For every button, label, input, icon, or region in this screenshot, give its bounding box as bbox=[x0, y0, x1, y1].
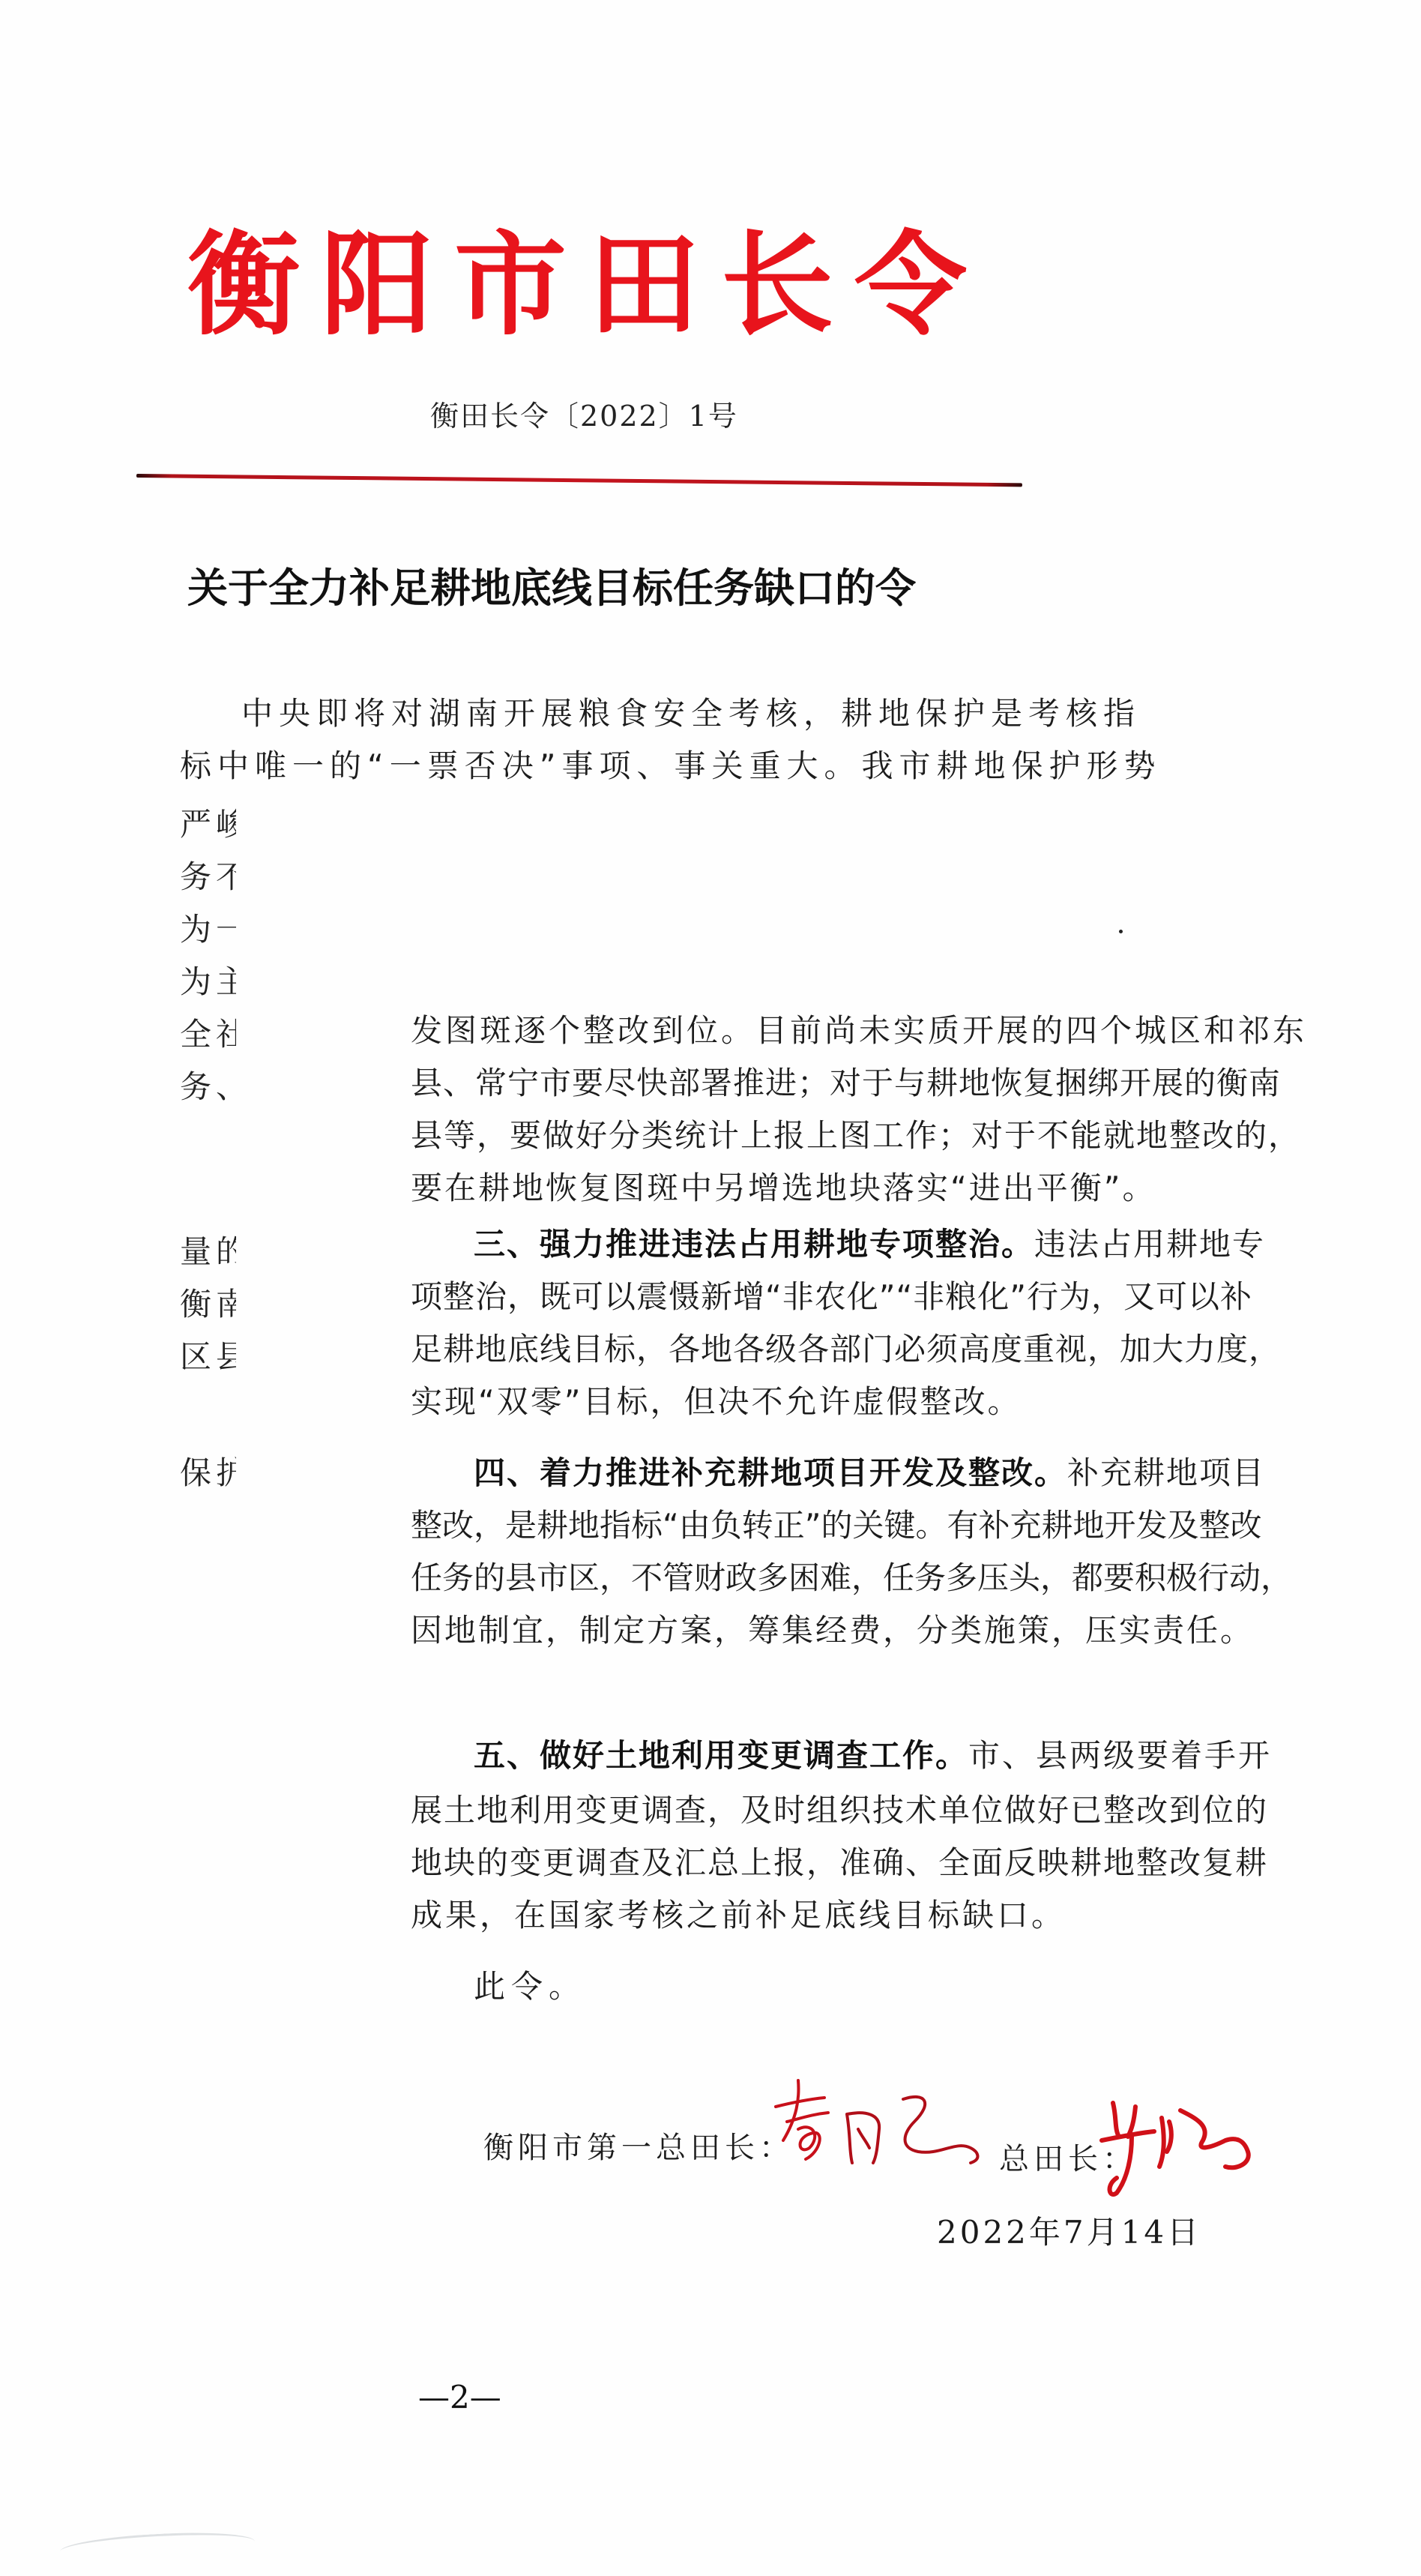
first-chief-label: 衡阳市第一总田长： bbox=[483, 2129, 794, 2167]
section-two-line-3: 县等，要做好分类统计上报上图工作；对于不能就地整改的， bbox=[411, 1113, 1301, 1158]
section-three-first-line: 三、强力推进违法占用耕地专项整治。违法占用耕地专 bbox=[474, 1222, 1265, 1267]
section-four-first-line: 四、着力推进补充耕地项目开发及整改。补充耕地项目 bbox=[474, 1451, 1265, 1496]
section-three-heading: 三、强力推进违法占用耕地专项整治。 bbox=[474, 1226, 1034, 1263]
section-three-line-3: 足耕地底线目标，各地各级各部门必须高度重视，加大力度， bbox=[411, 1327, 1281, 1372]
section-five-heading: 五、做好土地利用变更调查工作。 bbox=[474, 1737, 968, 1774]
first-chief-signature bbox=[768, 2077, 993, 2182]
section-four-line-1: 补充耕地项目 bbox=[1067, 1454, 1265, 1491]
truncated-line-stub: 为一 bbox=[180, 907, 236, 952]
section-two-line-1: 发图斑逐个整改到位。目前尚未实质开展的四个城区和祁东 bbox=[411, 1008, 1307, 1053]
scan-speck bbox=[1119, 930, 1123, 933]
truncated-line-stub: 务不 bbox=[180, 855, 236, 900]
truncated-line-stub: 严峻 bbox=[180, 802, 236, 847]
truncated-line-stub: 为主 bbox=[180, 960, 236, 1005]
section-two-line-2: 县、常宁市要尽快部署推进；对于与耕地恢复捆绑开展的衡南 bbox=[411, 1061, 1281, 1106]
section-five-line-3: 地块的变更调查及汇总上报，准确、全面反映耕地整改复耕 bbox=[411, 1841, 1268, 1886]
section-five-line-1: 市、县两级要着手开 bbox=[968, 1737, 1272, 1774]
truncated-line-stub: 全社 bbox=[180, 1012, 236, 1057]
chief-signature bbox=[1098, 2095, 1263, 2200]
red-header-title: 衡阳市田长令 bbox=[187, 217, 988, 352]
section-three-line-2: 项整治，既可以震慑新增“非农化”“非粮化”行为，又可以补 bbox=[411, 1275, 1252, 1319]
section-three-line-1: 违法占用耕地专 bbox=[1034, 1226, 1265, 1263]
section-four-heading: 四、着力推进补充耕地项目开发及整改。 bbox=[474, 1454, 1067, 1491]
scan-artifact bbox=[59, 2529, 255, 2564]
truncated-line-stub: 衡南 bbox=[180, 1282, 236, 1327]
section-five-line-2: 展土地利用变更调查，及时组织技术单位做好已整改到位的 bbox=[411, 1788, 1268, 1833]
truncated-line-stub: 量的 bbox=[180, 1230, 236, 1275]
intro-line-1: 中央即将对湖南开展粮食安全考核，耕地保护是考核指 bbox=[241, 691, 1141, 736]
section-four-line-3: 任务的县市区，不管财政多困难，任务多压头，都要积极行动， bbox=[411, 1556, 1292, 1601]
issue-date: 2022年7月14日 bbox=[937, 2212, 1201, 2254]
document-page: 衡阳市田长令 衡田长令〔2022〕1号 关于全力补足耕地底线目标任务缺口的令 中… bbox=[0, 0, 1421, 2576]
page-number: —2— bbox=[418, 2377, 501, 2419]
red-divider-rule bbox=[136, 474, 1022, 487]
document-number: 衡田长令〔2022〕1号 bbox=[430, 397, 738, 435]
section-three-line-4: 实现“双零”目标，但决不允许虚假整改。 bbox=[411, 1379, 1022, 1424]
closing-line: 此令。 bbox=[474, 1964, 586, 2009]
intro-line-2: 标中唯一的“一票否决”事项、事关重大。我市耕地保护形势 bbox=[180, 744, 1162, 789]
truncated-line-stub: 务、 bbox=[180, 1065, 236, 1110]
truncated-line-stub: 保护 bbox=[180, 1451, 236, 1496]
document-headline: 关于全力补足耕地底线目标任务缺口的令 bbox=[187, 559, 916, 619]
section-two-line-4: 要在耕地恢复图斑中另增选地块落实“进出平衡”。 bbox=[411, 1166, 1156, 1211]
section-five-first-line: 五、做好土地利用变更调查工作。市、县两级要着手开 bbox=[474, 1733, 1272, 1778]
section-four-line-2: 整改，是耕地指标“由负转正”的关键。有补充耕地开发及整改 bbox=[411, 1503, 1262, 1548]
section-four-line-4: 因地制宜，制定方案，筹集经费，分类施策，压实责任。 bbox=[411, 1608, 1254, 1653]
truncated-line-stub: 区县 bbox=[180, 1334, 236, 1379]
section-five-line-4: 成果，在国家考核之前补足底线目标缺口。 bbox=[411, 1893, 1066, 1938]
